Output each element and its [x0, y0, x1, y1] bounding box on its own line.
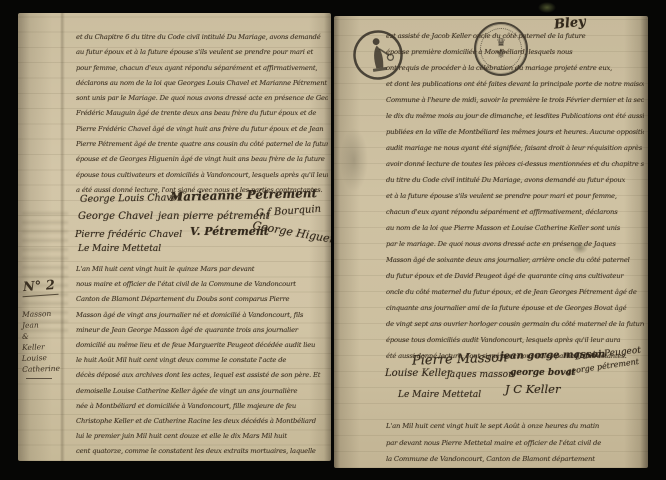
handwriting-line: et dont les publications ont été faites …	[386, 76, 644, 92]
paper-stain	[340, 128, 368, 192]
handwriting-line: épouse tous domiciliés audit Vandoncourt…	[386, 332, 644, 348]
handwriting-line: épouse première domiciliée à Montbéliard…	[386, 44, 644, 60]
handwriting-line: du titre du Code civil intitulé Du Maria…	[386, 172, 644, 188]
mayor-signature: Le Maire Mettetal	[78, 244, 161, 254]
act-number: N° 2	[21, 278, 58, 297]
handwriting-line: Pierre Pétrement âgé de trente quatre an…	[76, 137, 328, 152]
handwriting-line: domicilié au même lieu et de feue Margue…	[76, 338, 328, 353]
handwriting-line: Frédéric Mauguin âgé de trente deux ans …	[76, 106, 328, 121]
signature: Pierre frédéric Chavel	[75, 229, 182, 240]
signature: G f Bourquin	[256, 204, 322, 220]
paper-stain	[538, 2, 556, 13]
handwriting-line: de vingt sept ans ouvrier horloger cousi…	[386, 316, 644, 332]
handwriting-line: sont unis par le Mariage. De quoi nous a…	[76, 91, 328, 106]
handwriting-line: publiées en la ville de Montbéliard les …	[386, 124, 644, 140]
margin-rule	[26, 378, 52, 379]
signature: jaques masson	[447, 370, 514, 380]
handwriting-line: Pierre Frédéric Chavel âgé de vingt huit…	[76, 122, 328, 137]
handwriting-line: au nom de la loi que Pierre Masson et Lo…	[386, 220, 644, 236]
handwriting-line: et à la future épouse s'ils veulent se p…	[386, 188, 644, 204]
handwriting-line: cent quatorze, comme le constatent les d…	[76, 444, 328, 459]
handwriting-line: Christophe Keller et de Catherine Racine…	[76, 414, 328, 429]
handwriting-line: et du Chapitre 6 du titre du Code civil …	[76, 30, 328, 45]
handwriting-line: décès déposé aux archives dont les actes…	[76, 368, 328, 383]
signature: George Higuenin	[252, 219, 331, 248]
handwriting-line: ont requis de procéder à la célébration …	[386, 60, 644, 76]
signature: George Louis Chavel	[80, 192, 181, 205]
handwriting-line: Masson âgé de soixante deux ans journali…	[386, 252, 644, 268]
handwriting-line: L'an Mil huit cent vingt huit le quinze …	[76, 262, 328, 277]
handwriting-line: avoir donné lecture de toutes les pièces…	[386, 156, 644, 172]
handwriting-line: chacun d'eux ayant répondu séparément et…	[386, 204, 644, 220]
scanned-register-spread: et du Chapitre 6 du titre du Code civil …	[0, 0, 666, 480]
act-body-block: est assisté de Jacob Keller oncle du côt…	[386, 28, 644, 364]
signature: Louise Keller	[385, 368, 452, 379]
handwriting-line: cinquante ans journalier ami de la futur…	[386, 300, 644, 316]
handwriting-line: par devant nous Pierre Mettetal maire et…	[386, 435, 644, 452]
handwriting-line: pour femme, chacun d'eux ayant répondu s…	[76, 61, 328, 76]
handwriting-line: demoiselle Louise Catherine Keller âgée …	[76, 384, 328, 399]
signature: J C Keller	[505, 382, 560, 396]
handwriting-line: la Commune de Vandoncourt, Canton de Bla…	[386, 451, 644, 468]
next-act-block: L'an Mil huit cent vingt huit le sept Ao…	[386, 418, 644, 468]
handwriting-line: née à Montbéliard et domiciliée à Vandon…	[76, 399, 328, 414]
handwriting-line: épouse et de Georges Higuenin âgé de vin…	[76, 152, 328, 167]
signature: Pierre Masson	[412, 350, 508, 368]
handwriting-line: audit mariage ne nous ayant été signifié…	[386, 140, 644, 156]
handwriting-line: nous maire et officier de l'état civil d…	[76, 277, 328, 292]
handwriting-line: est assisté de Jacob Keller oncle du côt…	[386, 28, 644, 44]
handwriting-line: par le mariage. De quoi nous avons dress…	[386, 236, 644, 252]
signature: Marieanne Pétrement	[170, 186, 317, 204]
margin-note-line: Louise Catherine	[22, 351, 81, 375]
handwriting-line: Commune à l'heure de midi, savoir la pre…	[386, 92, 644, 108]
signature: George Chavel	[78, 211, 153, 222]
handwriting-line: Canton de Blamont Département du Doubs s…	[76, 292, 328, 307]
handwriting-line: Masson âgé de vingt ans journalier né et…	[76, 308, 328, 323]
handwriting-line: au futur époux et à la future épouse s'i…	[76, 45, 328, 60]
margin-act-note: N° 2 MassonJean&KellerLouise Catherine	[22, 275, 80, 379]
handwriting-line: oncle du côté maternel du futur époux, e…	[386, 284, 644, 300]
handwriting-line: mineur de Jean George Masson âgé de quar…	[76, 323, 328, 338]
act-opening-block: L'an Mil huit cent vingt huit le quinze …	[76, 262, 328, 460]
handwriting-line: épouse tous cultivateurs et domiciliés à…	[76, 168, 328, 183]
margin-note-names: MassonJean&KellerLouise Catherine	[22, 308, 80, 374]
handwriting-line: L'an Mil huit cent vingt huit le sept Ao…	[386, 418, 644, 435]
act-conclusion-block: et du Chapitre 6 du titre du Code civil …	[76, 30, 328, 198]
handwriting-line: lui le premier juin Mil huit cent douze …	[76, 429, 328, 444]
handwriting-line: le huit Août Mil huit cent vingt deux co…	[76, 353, 328, 368]
mayor-signature: Le Maire Mettetal	[398, 390, 481, 400]
right-page: ♛ ⚜ Bley est assisté de Jacob Keller onc…	[334, 16, 648, 468]
left-page: et du Chapitre 6 du titre du Code civil …	[18, 13, 331, 461]
handwriting-line: déclarons au nom de la loi que Georges L…	[76, 76, 328, 91]
handwriting-line: du futur époux et de David Peugeot âgé d…	[386, 268, 644, 284]
handwriting-line: le dix du même mois au jour de dimanche,…	[386, 108, 644, 124]
